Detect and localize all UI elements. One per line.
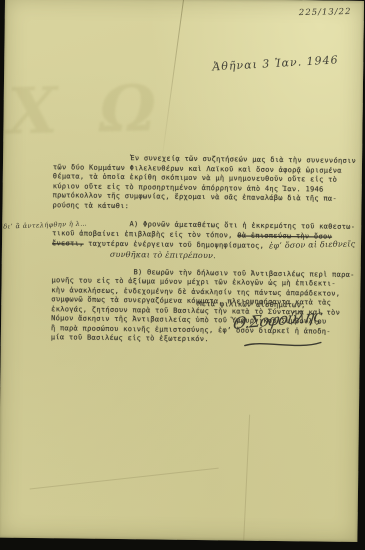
paragraphA-line2-strikethrough: θὰ ἐπισπεύσω τὴν ὅσον	[237, 231, 332, 240]
paper-crease-top	[161, 0, 184, 163]
paper-watermark: ΧΩ	[7, 67, 349, 150]
paragraphA-line2-text: τικοῦ ἀποβαίνει ἐπιβλαβὴς εἰς τὸν τόπον,	[52, 229, 237, 239]
scanned-letter-page: { "colors": { "paper": "#d5d09b", "scan_…	[0, 0, 365, 550]
letter-paper: ΧΩ 225/13/22 Ἀθῆναι 3 Ἰαν. 1946 Ἐν συνεχ…	[0, 0, 364, 542]
paper-crease-bottom	[243, 415, 250, 541]
paragraphA-handwritten-insert: ἐφ’ ὅσον αἱ διεθνεῖς	[269, 239, 356, 250]
date-handwritten: Ἀθῆναι 3 Ἰαν. 1946	[212, 53, 339, 73]
signature-flourish	[243, 338, 323, 351]
paragraphA-line3-text: ταχυτέραν ἐνέργειαν τοῦ δημοψηφίσματος,	[84, 240, 269, 250]
paragraphA-line3-strikethrough: ἔνεστι,	[52, 239, 84, 247]
archive-number-handwritten: 225/13/22	[299, 7, 352, 18]
paper-crease-lower-left	[30, 468, 219, 490]
